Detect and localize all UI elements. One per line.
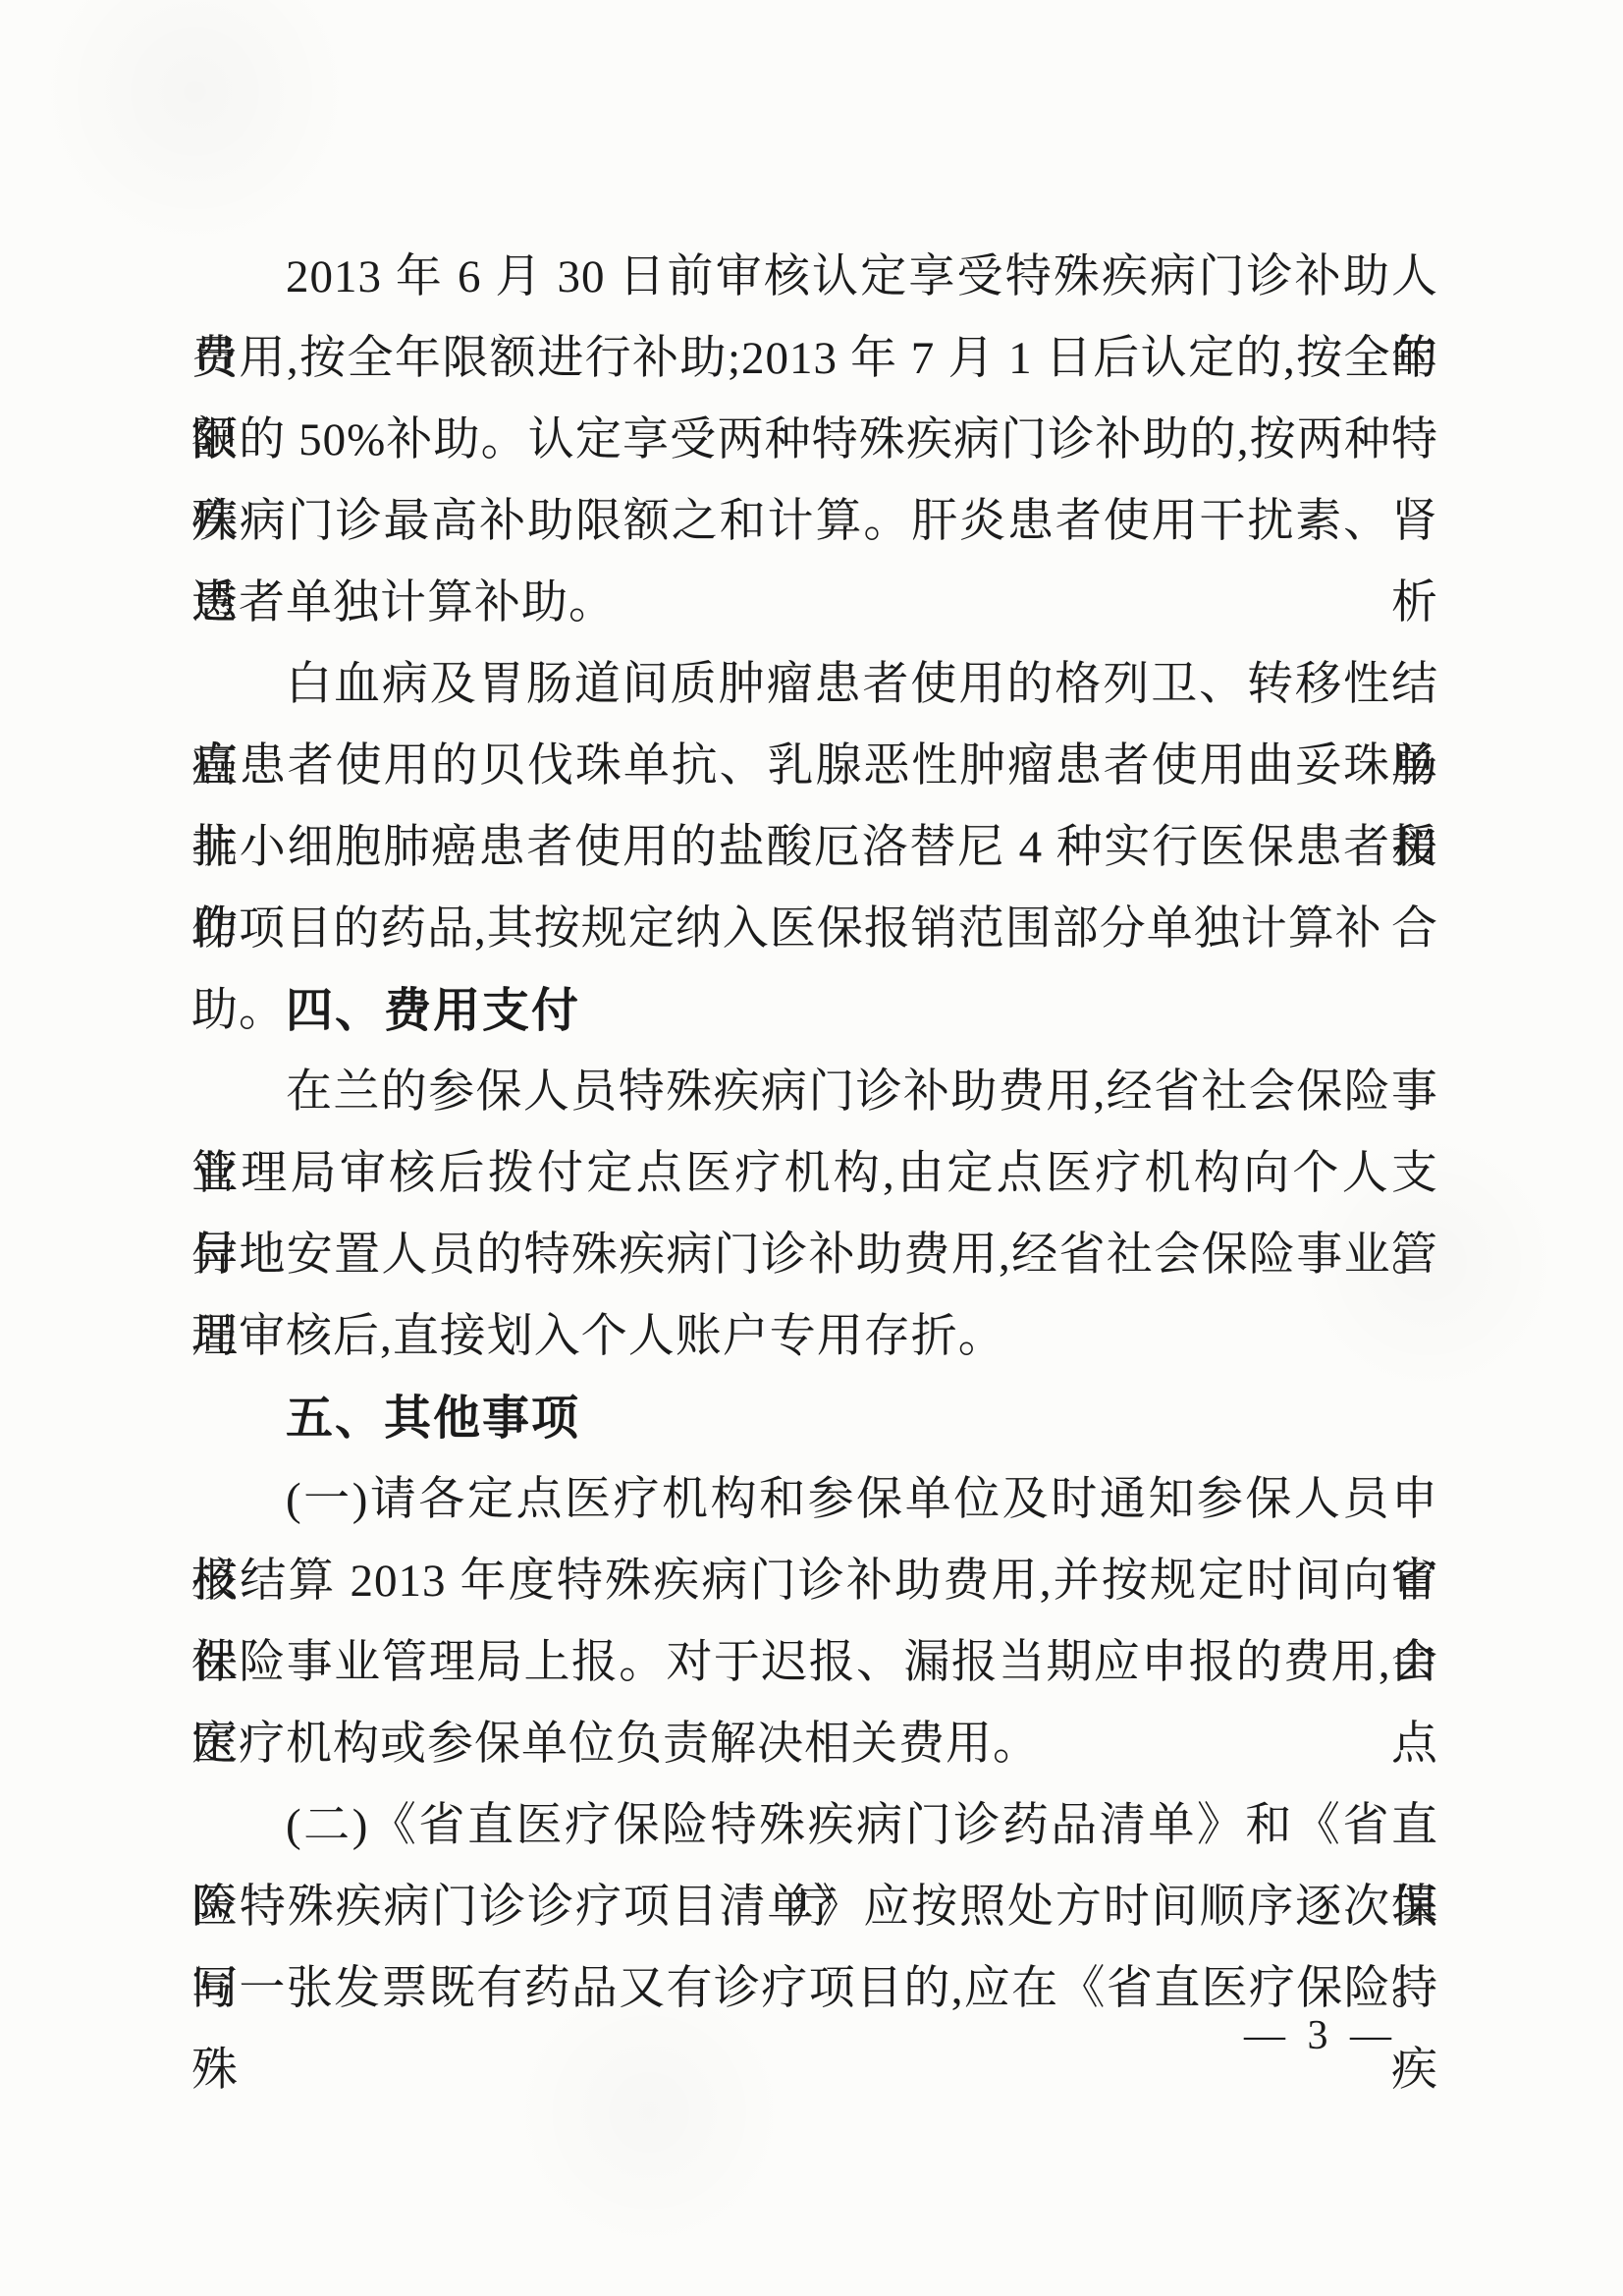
- body-line: 险特殊疾病门诊诊疗项目清单》应按照处方时间顺序逐次填写。: [191, 1867, 1438, 1948]
- body-line: 保险事业管理局上报。对于迟报、漏报当期应申报的费用,由定点: [191, 1622, 1438, 1704]
- body-line: (一)请各定点医疗机构和参保单位及时通知参保人员申报审: [191, 1459, 1438, 1541]
- body-line: 异地安置人员的特殊疾病门诊补助费用,经省社会保险事业管理: [191, 1215, 1438, 1296]
- heading-line: 四、费用支付: [191, 970, 1438, 1052]
- body-line: 2013 年 6 月 30 日前审核认定享受特殊疾病门诊补助人员的: [191, 237, 1438, 318]
- body-line: 核结算 2013 年度特殊疾病门诊补助费用,并按规定时间向省社会: [191, 1541, 1438, 1622]
- body-line: 作项目的药品,其按规定纳入医保报销范围部分单独计算补助。: [191, 889, 1438, 970]
- scanned-document-page: 2013 年 6 月 30 日前审核认定享受特殊疾病门诊补助人员的费用,按全年限…: [0, 0, 1623, 2296]
- body-line: 非小细胞肺癌患者使用的盐酸厄洛替尼 4 种实行医保患者援助合: [191, 807, 1438, 889]
- body-line: 癌患者使用的贝伐珠单抗、乳腺恶性肿瘤患者使用曲妥珠单抗和: [191, 726, 1438, 807]
- body-line: 在兰的参保人员特殊疾病门诊补助费用,经省社会保险事业: [191, 1052, 1438, 1133]
- page-number: — 3 —: [1244, 2015, 1397, 2056]
- body-line: 费用,按全年限额进行补助;2013 年 7 月 1 日后认定的,按全年限: [191, 318, 1438, 400]
- body-line: 疾病门诊最高补助限额之和计算。肝炎患者使用干扰素、肾透析: [191, 481, 1438, 563]
- body-line: 白血病及胃肠道间质肿瘤患者使用的格列卫、转移性结直肠: [191, 644, 1438, 726]
- body-line: 局审核后,直接划入个人账户专用存折。: [191, 1296, 1438, 1378]
- document-body: 2013 年 6 月 30 日前审核认定享受特殊疾病门诊补助人员的费用,按全年限…: [191, 237, 1438, 2030]
- body-line: 额的 50%补助。认定享受两种特殊疾病门诊补助的,按两种特殊: [191, 400, 1438, 481]
- body-line: (二)《省直医疗保险特殊疾病门诊药品清单》和《省直医疗保: [191, 1785, 1438, 1867]
- heading-line: 五、其他事项: [191, 1378, 1438, 1459]
- body-line: 管理局审核后拨付定点医疗机构,由定点医疗机构向个人支付。: [191, 1133, 1438, 1215]
